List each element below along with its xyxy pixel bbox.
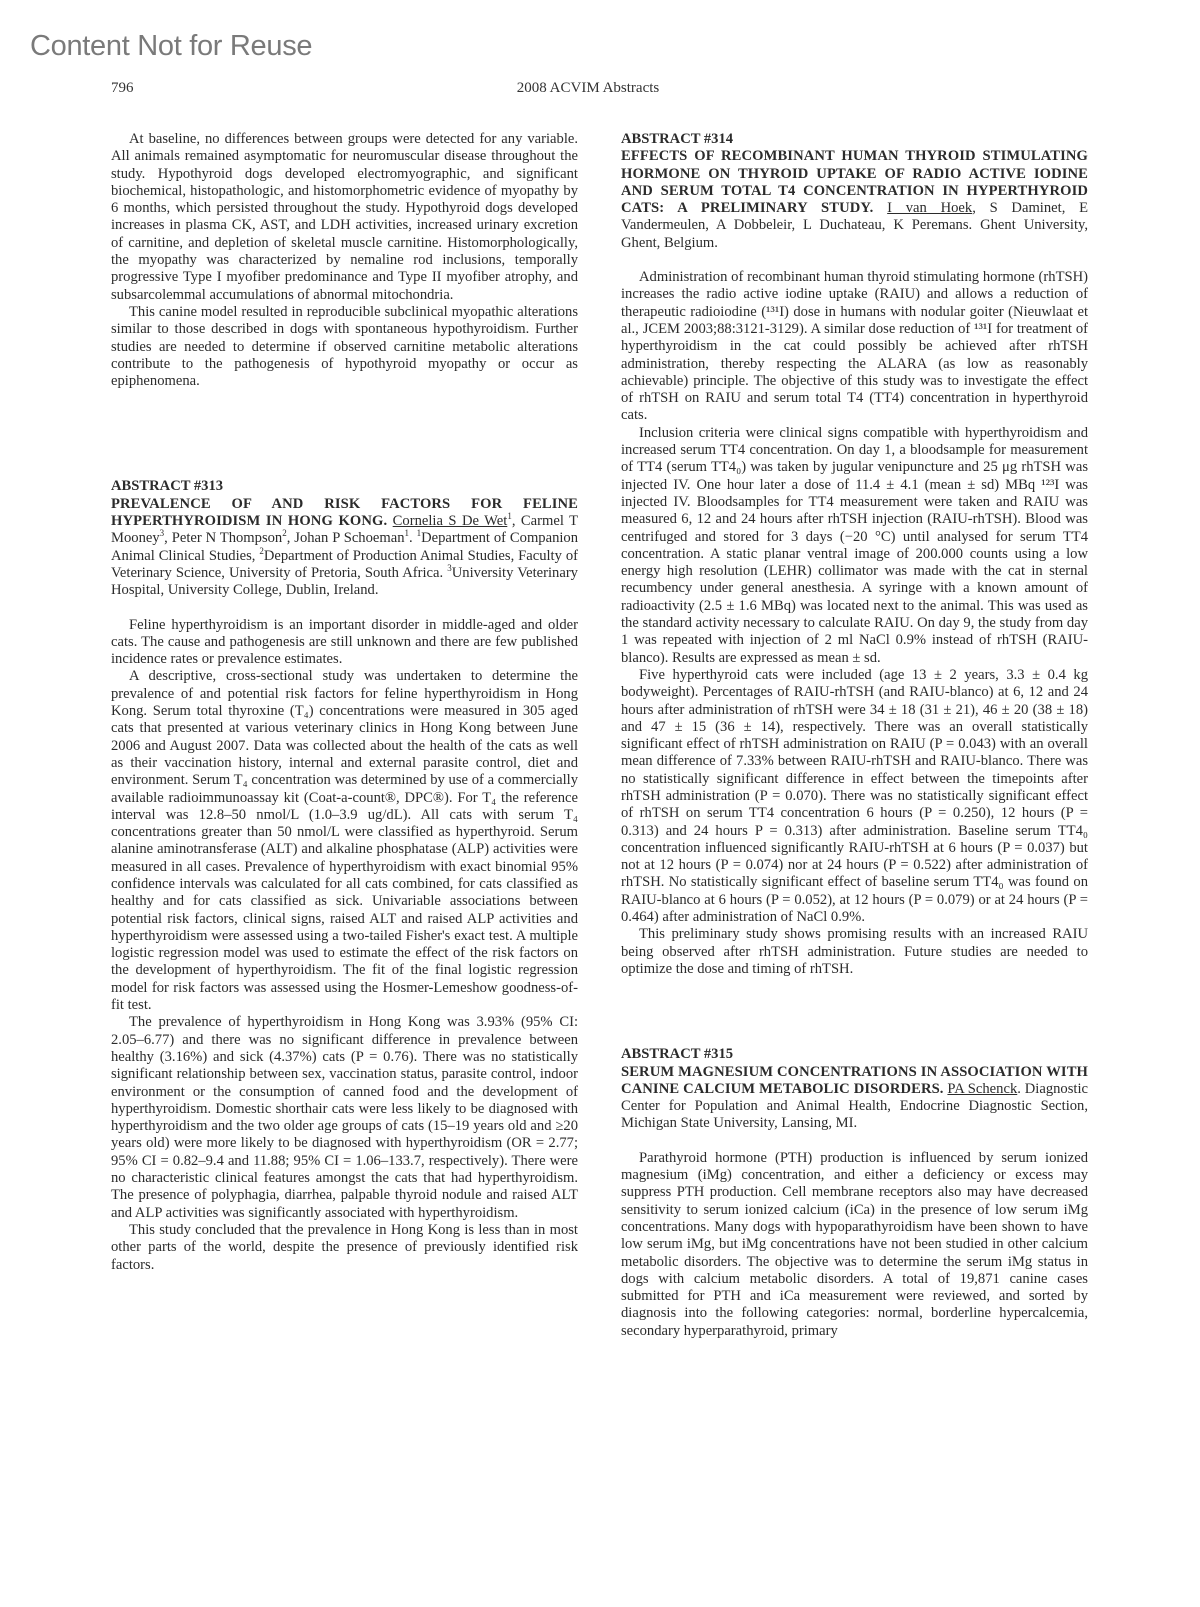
- left-column: At baseline, no differences between grou…: [111, 131, 578, 1274]
- paragraph: Administration of recombinant human thyr…: [621, 269, 1088, 425]
- paragraph: This canine model resulted in reproducib…: [111, 304, 578, 390]
- paragraph: This preliminary study shows promising r…: [621, 926, 1088, 978]
- paragraph: At baseline, no differences between grou…: [111, 131, 578, 304]
- presenting-author: PA Schenck: [947, 1081, 1017, 1097]
- abstract-id: ABSTRACT #314: [621, 131, 1088, 148]
- paragraph: Inclusion criteria were clinical signs c…: [621, 425, 1088, 667]
- author-superscript: 2: [282, 528, 287, 538]
- watermark: Content Not for Reuse: [30, 30, 312, 63]
- abstract-314: ABSTRACT #314 EFFECTS OF RECOMBINANT HUM…: [621, 131, 1088, 978]
- paragraph: Parathyroid hormone (PTH) production is …: [621, 1150, 1088, 1340]
- author: Johan P Schoeman: [294, 530, 404, 546]
- abstract-315: ABSTRACT #315 SERUM MAGNESIUM CONCENTRAT…: [621, 1046, 1088, 1340]
- paragraph: Feline hyperthyroidism is an important d…: [111, 617, 578, 669]
- abstract-heading: SERUM MAGNESIUM CONCENTRATIONS IN ASSOCI…: [621, 1064, 1088, 1133]
- paragraph: This study concluded that the prevalence…: [111, 1222, 578, 1274]
- presenting-author: Cornelia S De Wet: [393, 513, 508, 529]
- abstract-id: ABSTRACT #313: [111, 478, 578, 495]
- abstract-heading: EFFECTS OF RECOMBINANT HUMAN THYROID STI…: [621, 148, 1088, 252]
- paragraph: The prevalence of hyperthyroidism in Hon…: [111, 1014, 578, 1222]
- abstract-313: ABSTRACT #313 PREVALENCE OF AND RISK FAC…: [111, 478, 578, 1273]
- author-superscript: 3: [160, 528, 165, 538]
- paragraph: Five hyperthyroid cats were included (ag…: [621, 667, 1088, 926]
- right-column: ABSTRACT #314 EFFECTS OF RECOMBINANT HUM…: [621, 131, 1088, 1340]
- paragraph: A descriptive, cross-sectional study was…: [111, 668, 578, 1014]
- continuation-section: At baseline, no differences between grou…: [111, 131, 578, 390]
- author: Peter N Thompson: [172, 530, 283, 546]
- running-title: 2008 ACVIM Abstracts: [517, 80, 660, 96]
- abstract-id: ABSTRACT #315: [621, 1046, 1088, 1063]
- author-superscript: 1: [405, 528, 410, 538]
- presenting-author: I van Hoek: [887, 200, 972, 216]
- abstract-heading: PREVALENCE OF AND RISK FACTORS FOR FELIN…: [111, 496, 578, 600]
- author-superscript: 1: [507, 511, 512, 521]
- running-head: 2008 ACVIM Abstracts: [0, 80, 1200, 97]
